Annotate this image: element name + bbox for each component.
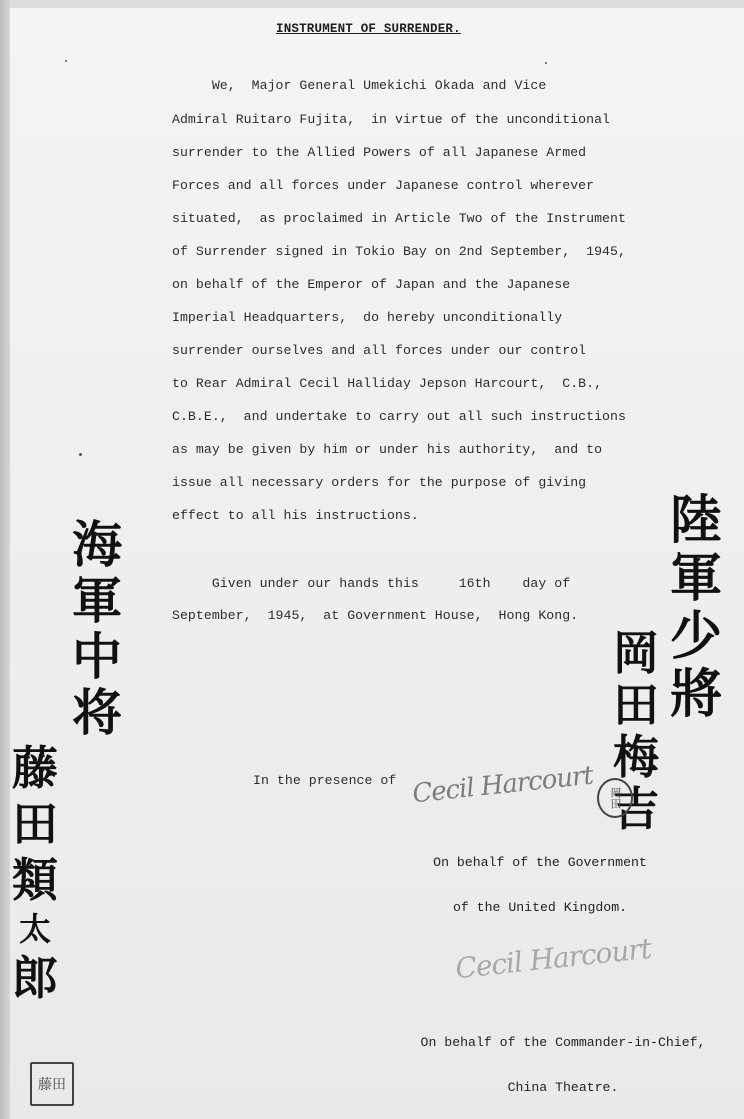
- page-edge-shadow: [0, 0, 10, 1119]
- caption-uk-line: On behalf of the Government: [420, 855, 660, 870]
- given-line: September, 1945, at Government House, Ho…: [172, 608, 578, 623]
- body-line: Admiral Ruitaro Fujita, in virtue of the…: [172, 112, 610, 127]
- fujita-seal: 藤田: [30, 1062, 74, 1106]
- body-line: surrender ourselves and all forces under…: [172, 343, 586, 358]
- caption-china-line: China Theatre.: [398, 1080, 728, 1095]
- body-line: on behalf of the Emperor of Japan and th…: [172, 277, 570, 292]
- body-line: of Surrender signed in Tokio Bay on 2nd …: [172, 244, 626, 259]
- document-title: INSTRUMENT OF SURRENDER.: [276, 22, 461, 36]
- caption-china: On behalf of the Commander-in-Chief, Chi…: [398, 1005, 728, 1110]
- body-line: to Rear Admiral Cecil Halliday Jepson Ha…: [172, 376, 602, 391]
- paper-speck: [65, 60, 67, 62]
- body-line: situated, as proclaimed in Article Two o…: [172, 211, 626, 226]
- body-line: surrender to the Allied Powers of all Ja…: [172, 145, 586, 160]
- fujita-name-kanji: 藤 田 類 太 郎: [12, 745, 58, 1001]
- body-line: Imperial Headquarters, do hereby uncondi…: [172, 310, 562, 325]
- body-line: issue all necessary orders for the purpo…: [172, 475, 586, 490]
- body-line: effect to all his instructions.: [172, 508, 419, 523]
- vice-admiral-title-kanji: 海 軍 中 将: [72, 520, 122, 738]
- caption-china-line: On behalf of the Commander-in-Chief,: [398, 1035, 728, 1050]
- paper-speck: [545, 62, 547, 64]
- presence-label: In the presence of: [253, 773, 396, 788]
- body-line: as may be given by him or under his auth…: [172, 442, 602, 457]
- caption-uk: On behalf of the Government of the Unite…: [420, 825, 660, 930]
- body-line: C.B.E., and undertake to carry out all s…: [172, 409, 626, 424]
- body-line: We, Major General Umekichi Okada and Vic…: [172, 78, 546, 93]
- major-general-title-kanji: 陸 軍 少 將: [670, 495, 722, 721]
- body-line: Forces and all forces under Japanese con…: [172, 178, 594, 193]
- given-line: Given under our hands this 16th day of: [172, 576, 570, 591]
- okada-seal: 岡田: [597, 778, 633, 818]
- paper-speck: [79, 453, 82, 456]
- caption-uk-line: of the United Kingdom.: [420, 900, 660, 915]
